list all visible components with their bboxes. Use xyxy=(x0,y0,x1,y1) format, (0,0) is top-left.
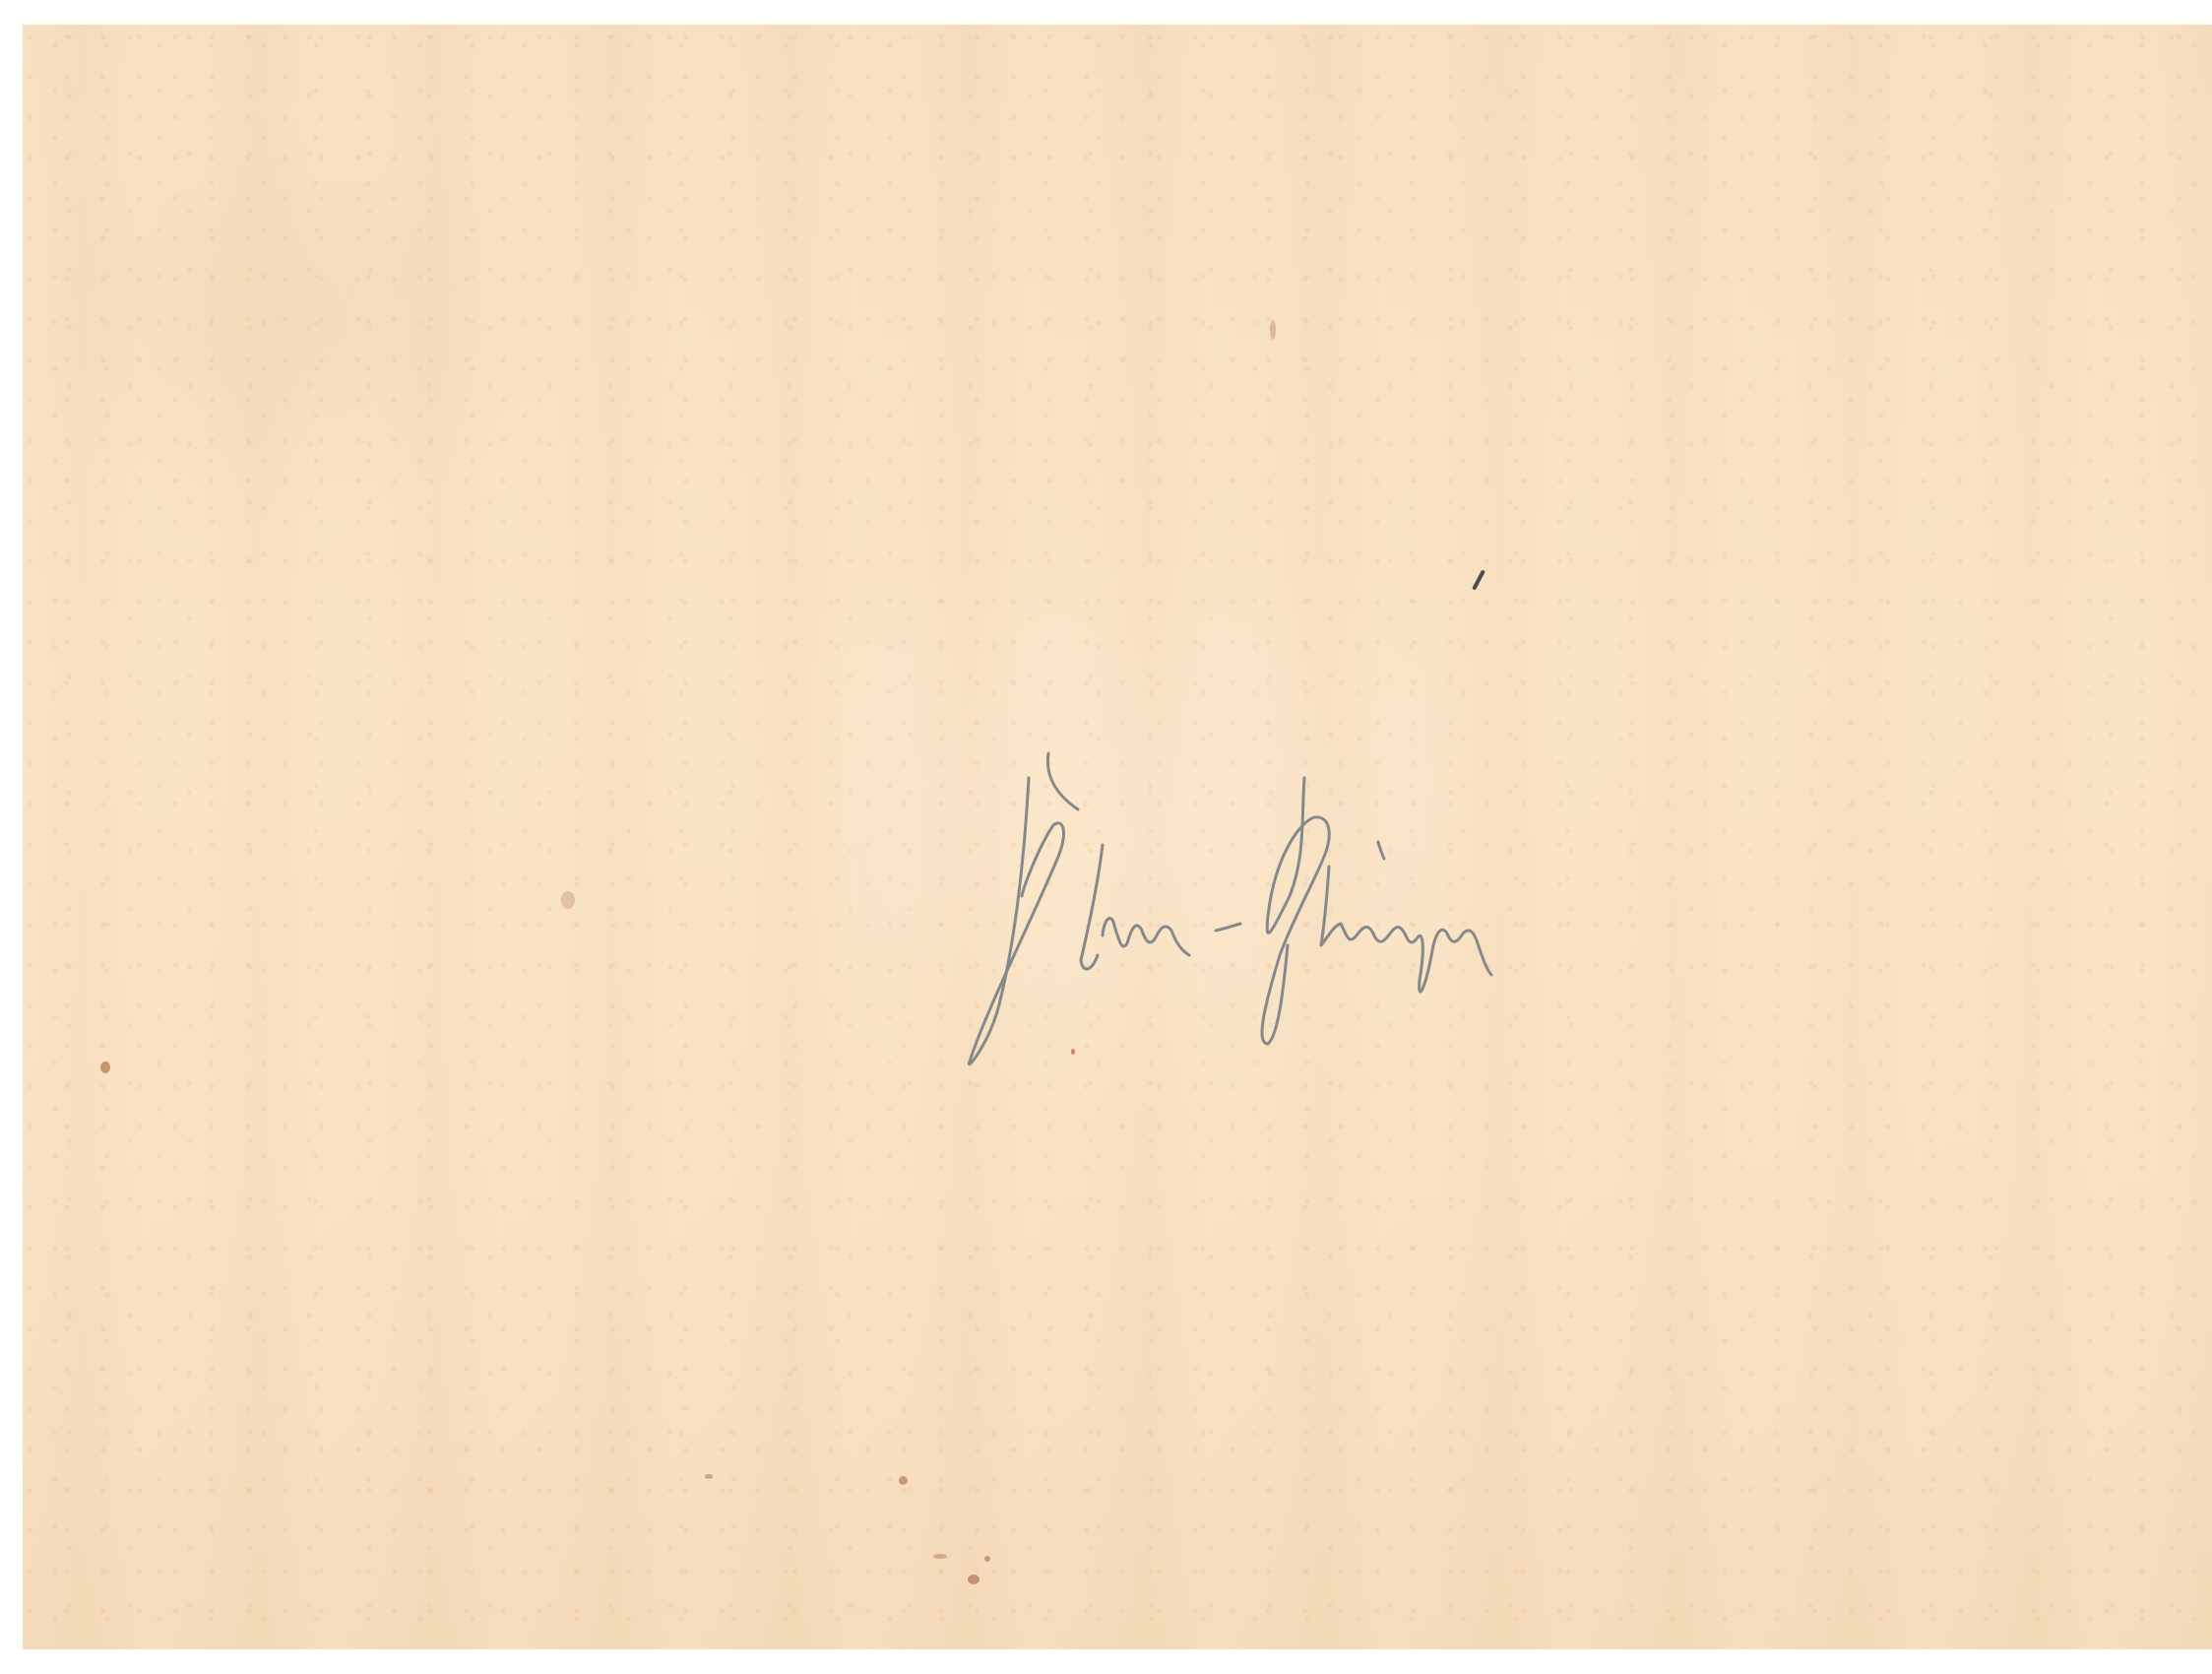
stain xyxy=(984,1556,990,1562)
stain xyxy=(933,1554,947,1559)
stain xyxy=(899,1476,908,1485)
stain xyxy=(561,891,575,909)
stain xyxy=(968,1575,980,1584)
handwritten-signature: Kleine-Thümmen xyxy=(955,748,2176,1083)
stain xyxy=(705,1474,713,1479)
stain xyxy=(1270,320,1276,340)
stain xyxy=(100,1062,110,1073)
